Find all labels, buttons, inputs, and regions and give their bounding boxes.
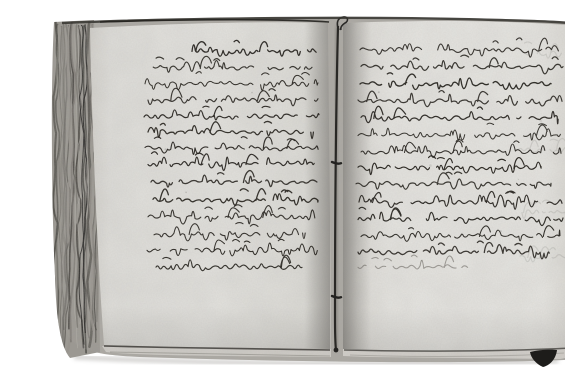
- paper-speck: [428, 83, 430, 85]
- paper-speck: [164, 148, 166, 150]
- paper-speck: [239, 234, 241, 236]
- paper-speck: [295, 84, 296, 85]
- page-bottom-shade-left: [90, 306, 332, 350]
- page-bottom-shade-right: [343, 308, 565, 352]
- paper-speck: [421, 260, 423, 262]
- paper-speck: [540, 120, 543, 123]
- book-photo-svg: [40, 16, 565, 369]
- paper-speck: [500, 230, 502, 232]
- paper-speck: [429, 164, 432, 167]
- paper-speck: [221, 129, 223, 131]
- gutter-shadow-left: [304, 22, 330, 350]
- paper-speck: [185, 191, 187, 193]
- gutter-shadow-right: [343, 21, 371, 351]
- paper-speck: [378, 91, 380, 93]
- paper-speck: [518, 179, 519, 180]
- manuscript-photo: [40, 16, 565, 369]
- paper-speck: [251, 92, 253, 94]
- paper-speck: [542, 148, 544, 150]
